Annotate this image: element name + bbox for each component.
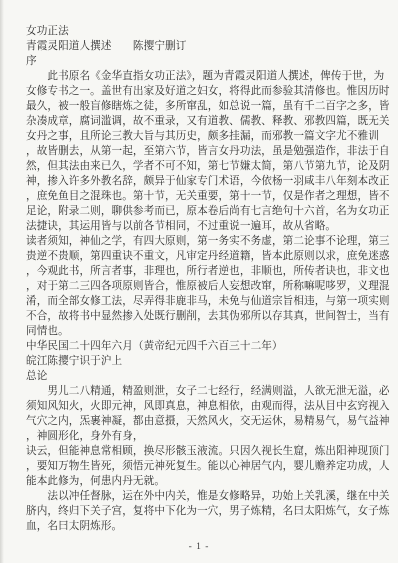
section-header-general: 总论 [26,369,390,384]
text-line: 神，掺入许多外教名辞，颇异于仙家专门术语，今依杨一羽咸丰八年刻本改正 [26,174,390,189]
document-text-block: 女功正法 青霞灵阳道人撰述 陈撄宁删订 序 此书原名《金华直指女功正法》，题为青… [26,24,390,534]
text-line: 能本此修为，何患内丹无就。 [26,474,390,489]
text-line: 足论，附录二则，聊供参考而已，原本卷后尚有七言绝句十六首，名为女功正 [26,204,390,219]
text-line: 淆，而全部女修工法，尽弄得非鹿非马，未免与仙道宗旨相违，与第一项实则 [26,294,390,309]
text-line: 女修专书之一。盖世有出家及好道之妇女，将得此而参验其清修也。惟因历时 [26,84,390,99]
text-line: 血，名曰太阴炼形。 [26,519,390,534]
byline: 青霞灵阳道人撰述 陈撄宁删订 [26,39,390,54]
document-title: 女功正法 [26,24,390,39]
text-line: 不合，故将书中显然掺入处既行删削，去其伪邪所以存其真，世间智士，当有 [26,309,390,324]
page-number: - 1 - [0,542,398,552]
section-header-preface: 序 [26,54,390,69]
text-line: 读者须知，神仙之学，有四大原则，第一务实不务虚，第二论事不论理，第三 [26,234,390,249]
text-line: 男儿二八精通，精盈则泄，女子二七经行，经满则溢，人欲无泄无溢，必 [26,384,390,399]
text-line: ，对于第二三四各项原则皆合，惟原被后人妄想改窜，所称嘛呢哆罗，义理混 [26,279,390,294]
text-line: 贵逆不贵顺，第四重诀不重文，凡审定丹经道籍，皆本此原则以求，庶免迷惑 [26,249,390,264]
text-line: 然，但其法由来已久，学者不可不知，第七节嫌太简，第八节第九节，论及阴 [26,159,390,174]
signature-line: 皖江陈撄宁识于沪上 [26,354,390,369]
text-line: 须知风知火，火即元神，风即真息，神息相依，由观而得，法从目中玄窍视入 [26,399,390,414]
text-line: 杂凑成章，腐词滥调，故不重录，又有道教、儒教、释教、邪教四篇，既无关 [26,114,390,129]
text-line: 最久，被一般盲修瞎炼之徒，多所窜乱，如总说一篇，虽有千二百字之多，皆 [26,99,390,114]
text-line: 法捷诀，其运用皆与以前各节相同，不过重说一遍耳，故从省略。 [26,219,390,234]
text-line: 女丹之事，且所论三教大旨与其历史，颇多挂漏，而邪教一篇文字尤不雅训 [26,129,390,144]
text-line: 此书原名《金华直指女功正法》，题为青霞灵阳道人撰述，俾传于世，为 [26,69,390,84]
text-line: ，庶免鱼目之混珠也。第十节，无关重要，第十一节，仅是作者之理想，皆不 [26,189,390,204]
text-line: 气穴之内，炁裹神凝，都由意摄，天然风火，交无运休，易精易气，易气益神 [26,414,390,429]
text-line: 法以冲任督脉，运在外中内关，惟是女修略异，功始上关乳溪，继在中关 [26,489,390,504]
text-line: ，今观此书，所言者事，非理也，所行者逆也，非顺也，所传者诀也，非文也 [26,264,390,279]
text-line: ，故皆删去，从第一起，至第六节，皆言女丹功法，虽是勉强造作，非法于自 [26,144,390,159]
text-line: ，要知万物生皆死，须悟元神死复生。能以心神居气内，婴儿赡养定功成，人 [26,459,390,474]
date-line: 中华民国二十四年六月（黄帝纪元四千六百三十二年） [26,339,390,354]
text-line: 诀云，但能神息常相顾，换尽形骸玉液流。只因久视长生窟，炼出阳神现顶门 [26,444,390,459]
scanned-document-page: 女功正法 青霞灵阳道人撰述 陈撄宁删订 序 此书原名《金华直指女功正法》，题为青… [0,0,398,563]
text-line: ，神圆形化，身外有身， [26,429,390,444]
text-line: 同情也。 [26,324,390,339]
text-line: 脐内，终归下关子宫，复将中下化为一穴，男子炼精，名曰太阳炼气，女子炼 [26,504,390,519]
